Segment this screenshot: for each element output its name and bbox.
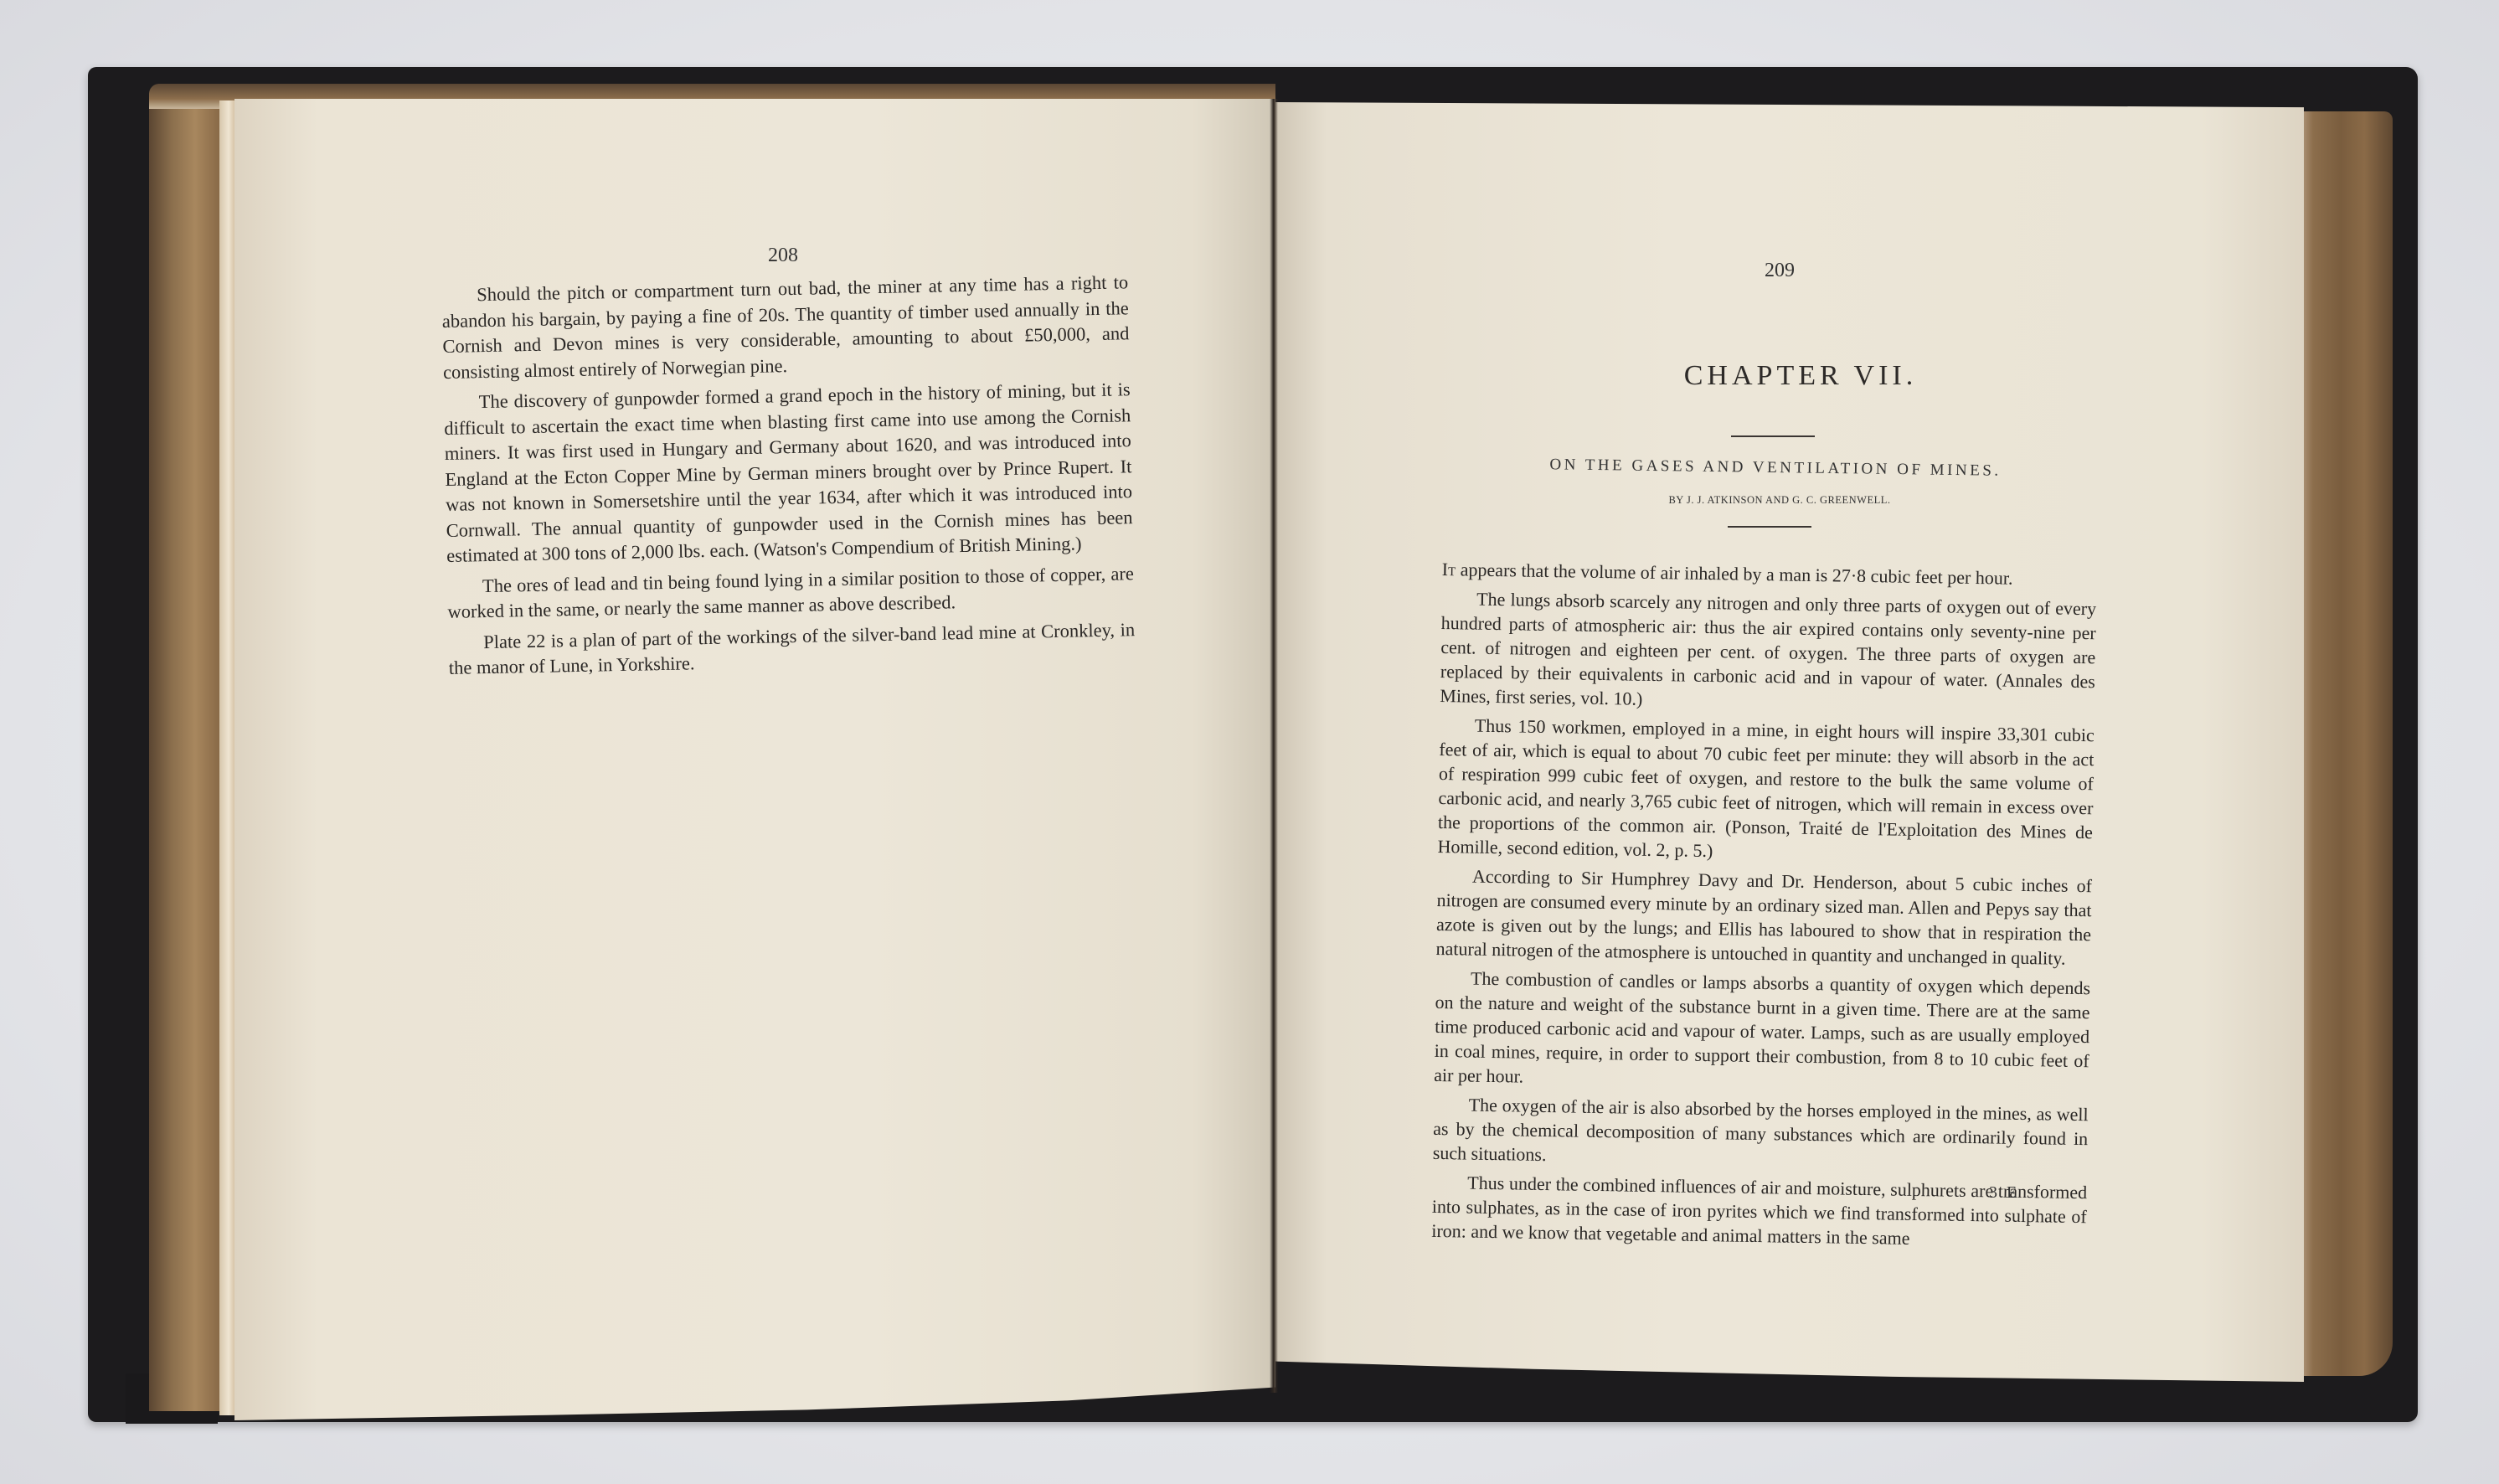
paragraph: The ores of lead and tin being found lyi… (447, 561, 1135, 626)
chapter-rule-bottom (1728, 526, 1811, 528)
left-page-body: Should the pitch or compartment turn out… (441, 270, 1136, 686)
signature-mark: 3 E (1989, 1183, 2019, 1203)
right-page-block-edge (2299, 111, 2393, 1376)
paragraph: The oxygen of the air is also absorbed b… (1433, 1092, 2089, 1175)
paragraph: Thus under the combined influences of ai… (1431, 1170, 2087, 1253)
paragraph: Plate 22 is a plan of part of the workin… (448, 617, 1136, 682)
left-page-number: 208 (754, 245, 812, 267)
paragraph: The lungs absorb scarcely any nitrogen a… (1440, 586, 2096, 718)
chapter-rule-top (1731, 435, 1815, 437)
chapter-title: CHAPTER VII. (1591, 360, 2010, 392)
chapter-authors: BY J. J. ATKINSON AND G. C. GREENWELL. (1591, 494, 1968, 507)
paragraph: Should the pitch or compartment turn out… (441, 270, 1130, 385)
paragraph: The discovery of gunpowder formed a gran… (443, 377, 1133, 569)
right-page-body: It appears that the volume of air inhale… (1431, 557, 2097, 1258)
paragraph: Thus 150 workmen, employed in a mine, in… (1437, 713, 2095, 868)
paragraph: The combustion of candles or lamps absor… (1434, 966, 2090, 1097)
paragraph: According to Sir Humphrey Davy and Dr. H… (1435, 863, 2092, 971)
right-page-number: 209 (1750, 260, 1809, 282)
book-gutter (1270, 99, 1278, 1393)
opening-word: It (1442, 559, 1456, 580)
